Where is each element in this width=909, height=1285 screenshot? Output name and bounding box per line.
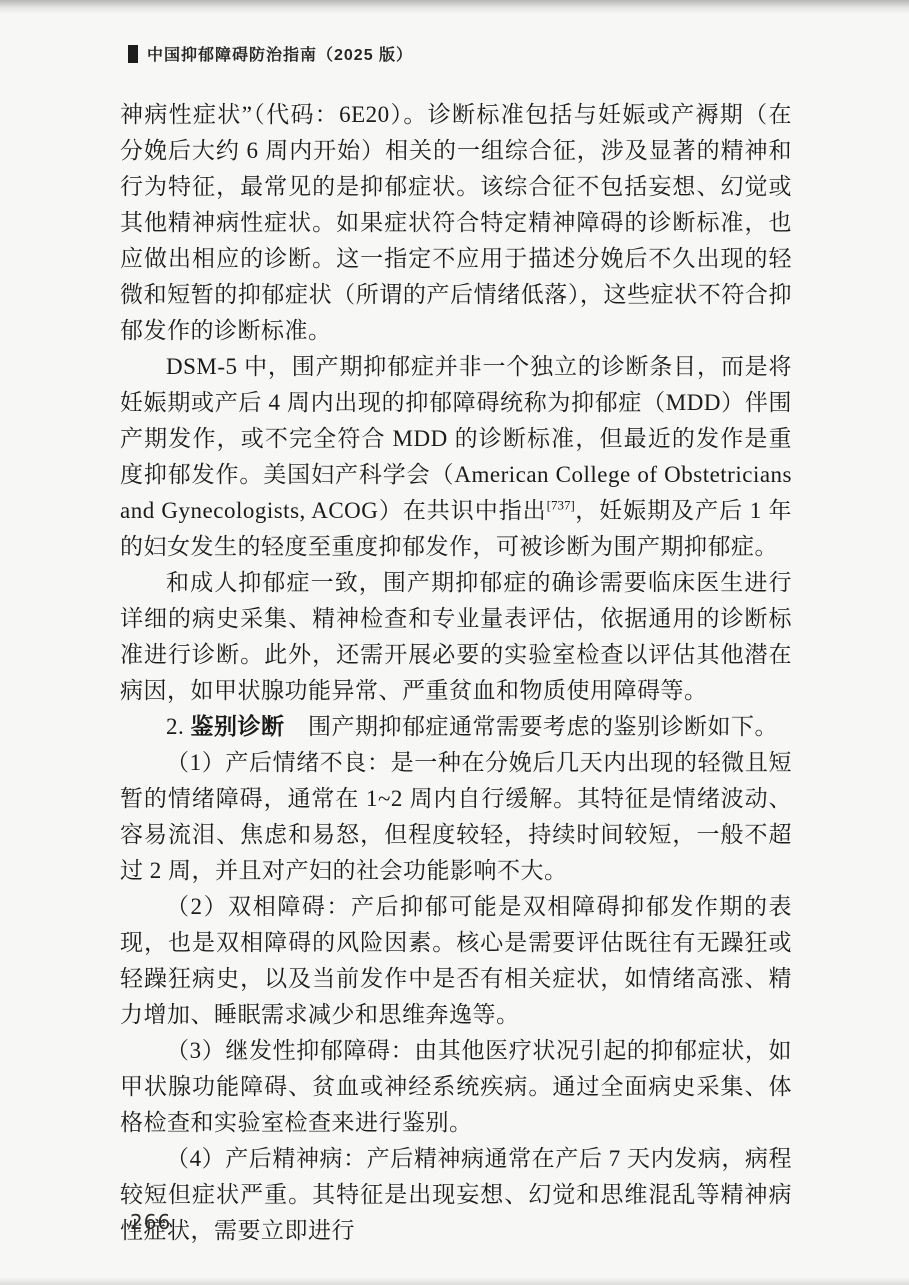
paragraph: （4）产后精神病：产后精神病通常在产后 7 天内发病，病程较短但症状严重。其特征… [120, 1141, 792, 1249]
page-number: 266 [130, 1210, 171, 1234]
paragraph-text: （2）双相障碍：产后抑郁可能是双相障碍抑郁发作期的表现，也是双相障碍的风险因素。… [120, 894, 792, 1027]
reference-marker: [737] [547, 497, 575, 512]
paragraph-text: （4）产后精神病：产后精神病通常在产后 7 天内发病，病程较短但症状严重。其特征… [120, 1146, 792, 1243]
scanned-book-page: 中国抑郁障碍防治指南（2025 版） 神病性症状”（代码：6E20）。诊断标准包… [0, 0, 909, 1285]
paragraph: （1）产后情绪不良：是一种在分娩后几天内出现的轻微且短暂的情绪障碍，通常在 1~… [120, 745, 792, 889]
paragraph: （3）继发性抑郁障碍：由其他医疗状况引起的抑郁症状，如甲状腺功能障碍、贫血或神经… [120, 1033, 792, 1141]
paragraph: （2）双相障碍：产后抑郁可能是双相障碍抑郁发作期的表现，也是双相障碍的风险因素。… [120, 889, 792, 1033]
running-header: 中国抑郁障碍防治指南（2025 版） [128, 42, 413, 65]
paragraph-text: （3）继发性抑郁障碍：由其他医疗状况引起的抑郁症状，如甲状腺功能障碍、贫血或神经… [120, 1038, 792, 1135]
list-number: 2. [166, 714, 191, 739]
paragraph-text: （1）产后情绪不良：是一种在分娩后几天内出现的轻微且短暂的情绪障碍，通常在 1~… [120, 750, 792, 883]
paragraph-text: 和成人抑郁症一致，围产期抑郁症的确诊需要临床医生进行详细的病史采集、精神检查和专… [120, 570, 792, 703]
paragraph-text: 神病性症状”（代码：6E20）。诊断标准包括与妊娠或产褥期（在分娩后大约 6 周… [120, 102, 792, 343]
paragraph: 和成人抑郁症一致，围产期抑郁症的确诊需要临床医生进行详细的病史采集、精神检查和专… [120, 565, 792, 709]
paragraph: 神病性症状”（代码：6E20）。诊断标准包括与妊娠或产褥期（在分娩后大约 6 周… [120, 97, 792, 349]
book-title: 中国抑郁障碍防治指南（2025 版） [147, 42, 413, 65]
paragraph: DSM-5 中，围产期抑郁症并非一个独立的诊断条目，而是将妊娠期或产后 4 周内… [120, 349, 792, 565]
header-bar-icon [128, 45, 138, 63]
scan-shadow-top [0, 0, 909, 14]
paragraph-text: 围产期抑郁症通常需要考虑的鉴别诊断如下。 [285, 714, 779, 739]
paragraph: 2. 鉴别诊断 围产期抑郁症通常需要考虑的鉴别诊断如下。 [120, 709, 792, 745]
scan-shadow-bottom [0, 1277, 909, 1285]
page-body: 神病性症状”（代码：6E20）。诊断标准包括与妊娠或产褥期（在分娩后大约 6 周… [120, 97, 792, 1249]
term-heading: 鉴别诊断 [191, 714, 285, 739]
